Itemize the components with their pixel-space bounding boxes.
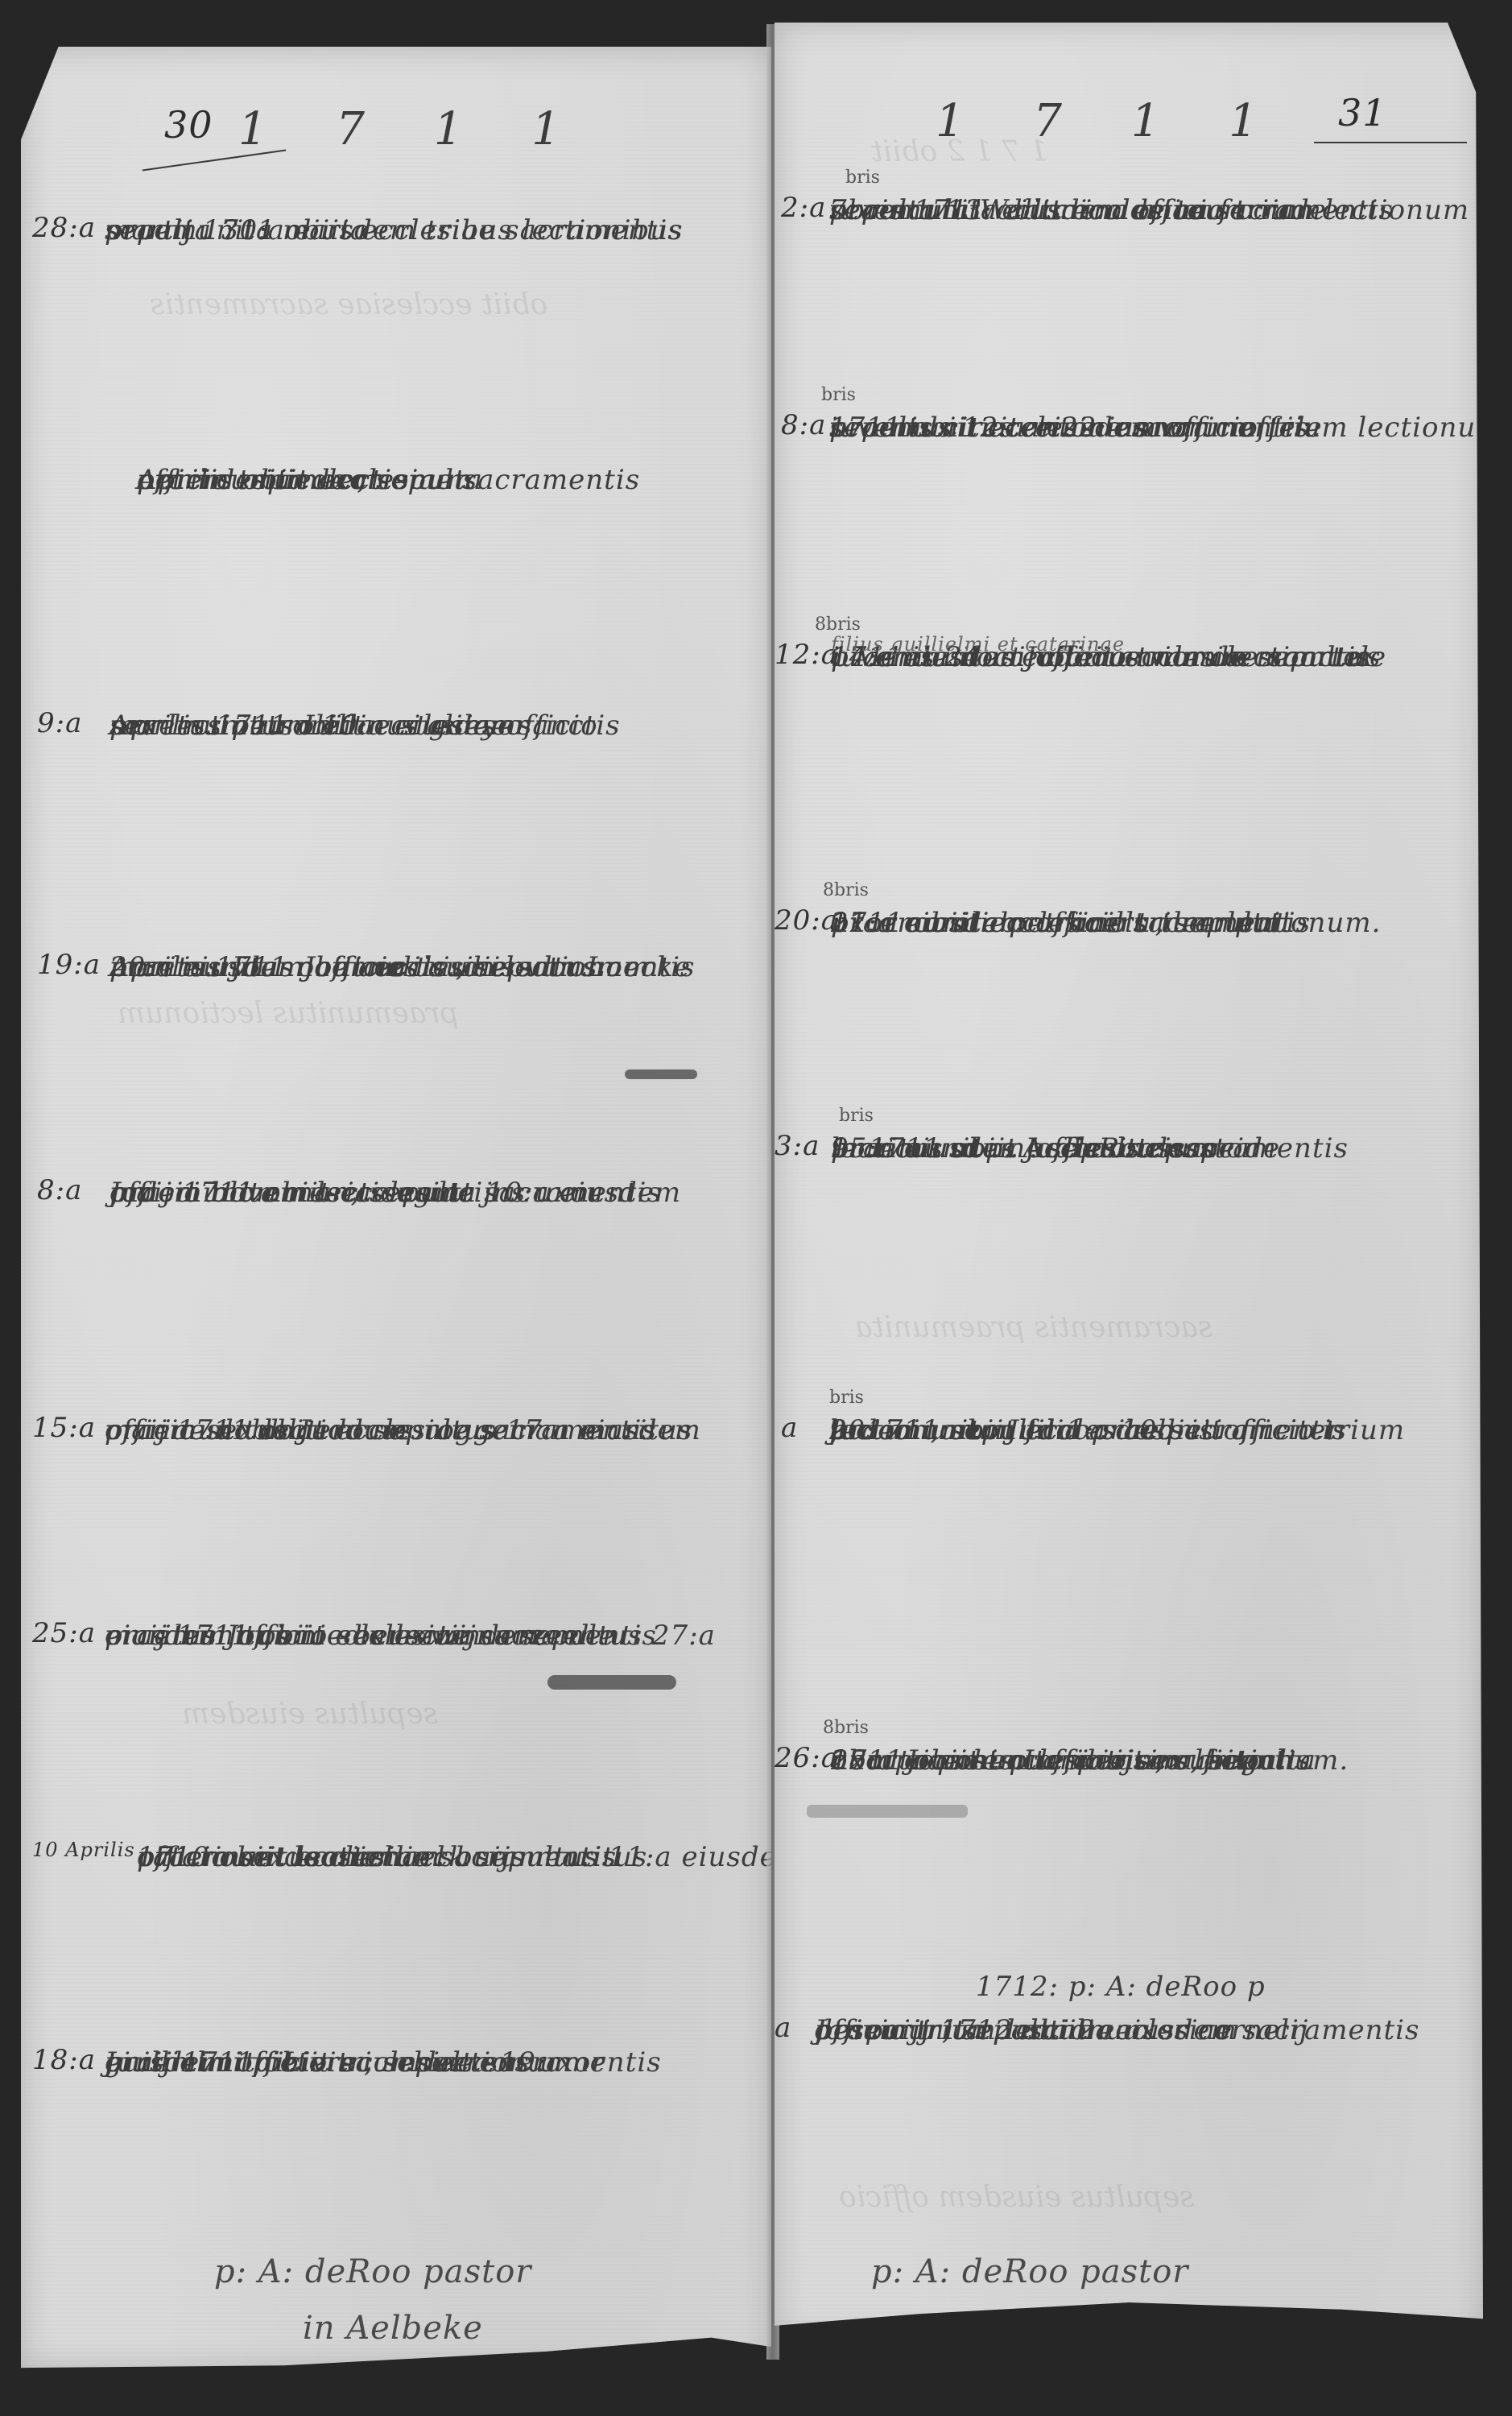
entry-line: eiusdem officio trium lectionum — [105, 2037, 572, 2087]
entry-date: 18:a — [32, 2044, 96, 2076]
right-page: 1 7 1 2 obiit sacramentis praemunita sep… — [775, 23, 1483, 2342]
entry-date: a — [775, 2012, 791, 2044]
bleed-through-text: obiit ecclesiae sacramentis — [150, 288, 547, 321]
entry-date: 8:a — [37, 1174, 82, 1206]
ink-smudge — [625, 1069, 697, 1079]
ink-blot — [547, 1675, 676, 1690]
entry-line: 28:a eiusdem officio sex lectionum. — [831, 1735, 1349, 1785]
pastor-signature: p: A: deRoo pastor — [871, 2253, 1188, 2290]
entry-line: 21:a eiusdem officio trium lectionum. — [831, 898, 1381, 948]
folio-number: 31 — [1338, 91, 1387, 134]
entry-line: officio novem lectionum — [109, 1168, 461, 1218]
entry-date: 12:a — [775, 639, 838, 671]
entry-date: 19:a — [37, 949, 101, 981]
folio-underline — [1314, 142, 1467, 143]
entry-date: 15:a — [32, 1412, 96, 1444]
entry-date: 9:a — [37, 707, 82, 739]
year-subheading: 1712: p: A: deRoo p — [976, 1962, 1266, 2012]
entry-line: lectionum p: A: deRoo pastor — [831, 1123, 1258, 1173]
entry-line: sex lectionum 10:a eiusdem — [109, 701, 517, 751]
entry-line: eiusdem officio sex lectionum — [105, 1611, 540, 1661]
entry-line: sepultus 12:a eiusdem officio trium lect… — [829, 403, 1503, 453]
entry-date: 20:a — [775, 904, 838, 937]
folio-number: 30 — [164, 103, 213, 147]
pastor-signature-location: in Aelbeke — [303, 2310, 483, 2347]
header-year: 1 7 1 1 — [936, 95, 1285, 147]
entry-line: officio sex lectionum — [137, 1832, 440, 1882]
entry-date: 26:a — [775, 1742, 838, 1774]
left-page: obiit ecclesiae sacramentis praemunitus … — [21, 47, 771, 2370]
pastor-signature: p: A: deRoo pastor — [214, 2253, 531, 2290]
entry-date: 28:a — [32, 212, 96, 244]
entry-line: sepulta 13: eiusdem officio trium lectio… — [829, 185, 1469, 235]
header-year: 1 7 1 1 — [238, 103, 588, 155]
entry-date: 8:a — [781, 409, 826, 441]
entry-date: 2:a — [781, 192, 826, 224]
entry-line: officio sex lectionum — [105, 1405, 408, 1455]
entry-line: sepulta 30:a eiusdem tribus lectionibus — [105, 205, 684, 255]
bleed-through-text: sacramentis praemunita — [855, 1311, 1212, 1344]
entry-line: 20:a eiusdem officio trium lectionum — [109, 942, 651, 992]
entry-line: lectionum — [829, 1405, 974, 1455]
bleed-through-text: sepultus eiusdem officio — [839, 2181, 1195, 2214]
entry-date: 10 Aprilis — [32, 1839, 135, 1861]
entry-date: 3:a — [775, 1130, 820, 1162]
entry-line: officio trium lectionum — [815, 2005, 1151, 2055]
entry-line: 14:a eiusdem officio trium lectionum — [831, 632, 1372, 682]
ink-smudge — [807, 1805, 968, 1818]
bleed-through-text: praemunitus lectionum — [118, 997, 459, 1030]
entry-date: 25:a — [32, 1617, 96, 1649]
bleed-through-text: sepultus eiusdem — [182, 1698, 438, 1731]
entry-date: a — [781, 1412, 798, 1444]
entry-line: officio trium lectionum — [137, 455, 473, 505]
